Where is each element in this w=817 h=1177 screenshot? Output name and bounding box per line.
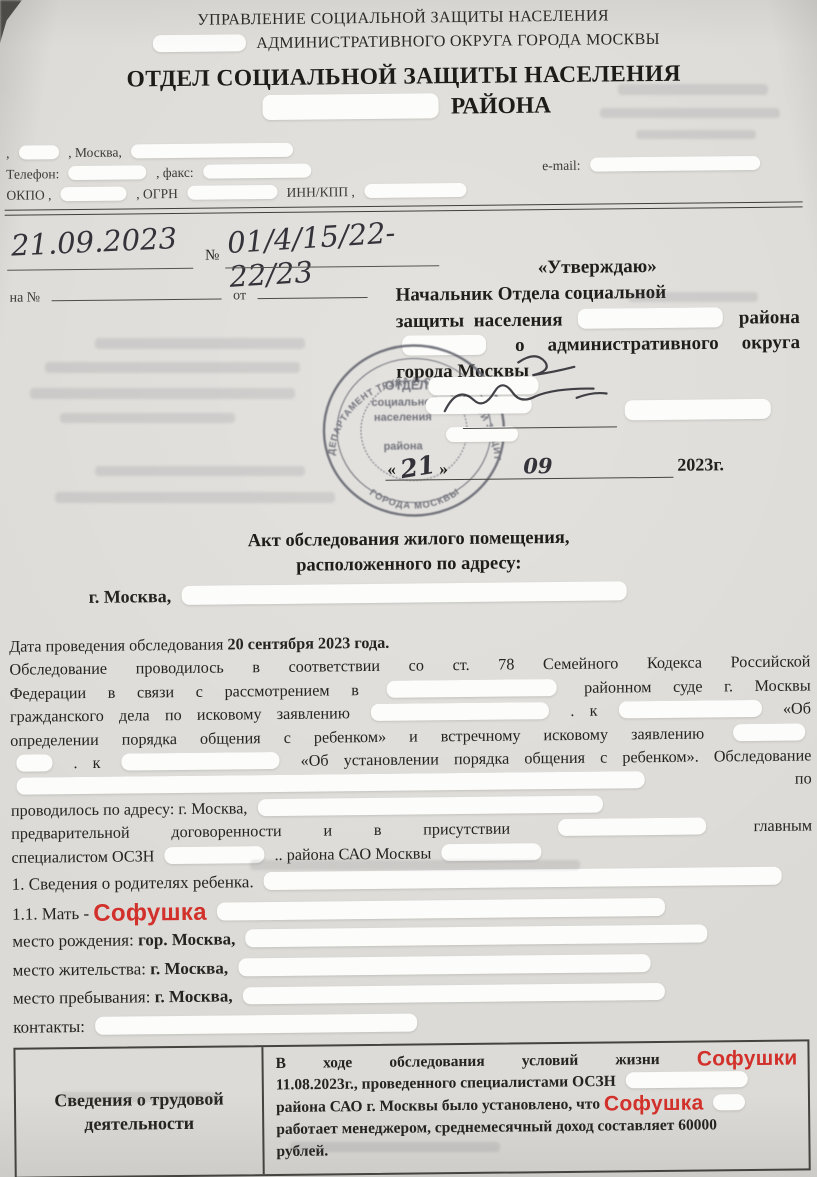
redaction-box xyxy=(246,925,708,948)
text-run: . к xyxy=(570,702,597,720)
bleed-through-artifact xyxy=(60,413,235,423)
text-run: 1. Сведения о родителях ребенка. xyxy=(12,872,254,894)
text-run: «Об установлении порядка общения с ребен… xyxy=(300,746,811,769)
bleed-through-artifact xyxy=(30,388,295,399)
text-run: от xyxy=(233,288,246,303)
bleed-through-artifact xyxy=(600,108,780,118)
text-run: , xyxy=(6,146,10,161)
text-run: на № xyxy=(9,290,40,305)
redaction-box xyxy=(263,93,439,120)
text-run: РАЙОНА xyxy=(451,92,551,119)
text-run: АДМИНИСТРАТИВНОГО ОКРУГА ГОРОДА МОСКВЫ xyxy=(256,31,660,52)
text-run: районном суде г. Москвы xyxy=(584,676,811,696)
text-run: работает менеджером, среднемесячный дохо… xyxy=(276,1116,717,1138)
redaction-box xyxy=(121,752,279,771)
redaction-box xyxy=(217,898,665,921)
text-run: главным xyxy=(754,817,813,836)
act-title-line2: расположенного по адресу: xyxy=(0,550,817,580)
redaction-box xyxy=(238,954,650,976)
signature xyxy=(426,345,697,458)
redaction-box xyxy=(590,156,760,172)
stamp-rim-text-bottom: ГОРОДА МОСКВЫ xyxy=(368,486,462,511)
letterhead-line1: УПРАВЛЕНИЕ СОЦИАЛЬНОЙ ЗАЩИТЫ НАСЕЛЕНИЯ xyxy=(0,5,812,32)
bleed-through-artifact xyxy=(290,1142,500,1152)
text-run: e-mail: xyxy=(542,158,580,173)
incoming-ref-row: на № от xyxy=(9,284,375,307)
text-run: 11.08.2023г., проведенного специалистами… xyxy=(276,1073,616,1094)
text-run: проводилось по адресу: г. Москва, xyxy=(11,799,248,819)
text-run-bold: гор. Москва, xyxy=(138,930,236,950)
act-title: Акт обследования жилого помещения, распо… xyxy=(0,525,817,580)
text-run: по xyxy=(795,770,812,788)
year-label: 2023г. xyxy=(677,454,724,475)
stamp-center-line: ОТДЕЛ xyxy=(385,378,428,392)
text-run: специалистом ОСЗН xyxy=(11,847,154,866)
text-run: предварительной договоренности и в прису… xyxy=(11,820,510,843)
redaction-box xyxy=(386,679,556,698)
redaction-box xyxy=(203,164,311,179)
redaction-box xyxy=(243,982,665,1004)
text-run-bold: г. Москва, xyxy=(155,987,233,1007)
blank-underline xyxy=(257,284,367,299)
redaction-box xyxy=(131,143,293,159)
redaction-box xyxy=(69,166,147,181)
underline xyxy=(7,268,193,271)
text-run: «Об xyxy=(783,700,811,718)
letterhead-line2: АДМИНИСТРАТИВНОГО ОКРУГА ГОРОДА МОСКВЫ xyxy=(0,28,812,55)
bleed-through-artifact xyxy=(45,362,300,373)
act-address: г. Москва, xyxy=(89,581,633,608)
text-run: района xyxy=(739,307,800,329)
redaction-box xyxy=(95,1014,417,1035)
blank-underline xyxy=(52,286,222,302)
text-run: ОКПО , xyxy=(6,187,51,202)
redaction-box xyxy=(187,185,277,200)
employment-table: Сведения о трудовой деятельности В ходе … xyxy=(13,1039,810,1177)
redaction-box xyxy=(441,843,541,861)
text-run: района САО г. Москвы было установлено, ч… xyxy=(276,1096,600,1116)
svg-text:ГОРОДА МОСКВЫ: ГОРОДА МОСКВЫ xyxy=(368,486,462,511)
stamp-center-line: населения xyxy=(374,411,432,424)
bleed-through-artifact xyxy=(95,466,305,476)
text-run: Федерации в связи с рассмотрением в xyxy=(10,681,359,703)
text-run: защиты населения xyxy=(396,309,563,332)
redaction-box xyxy=(61,187,127,202)
redaction-box xyxy=(19,145,59,160)
redaction-box xyxy=(733,723,805,741)
bleed-through-artifact xyxy=(250,860,580,870)
redaction-box xyxy=(182,582,627,606)
text-run: место рождения: xyxy=(12,931,134,951)
text-run: ИНН/КПП , xyxy=(286,184,354,200)
bleed-through-artifact xyxy=(55,492,335,503)
bleed-through-artifact xyxy=(628,292,758,302)
text-run: место жительства: xyxy=(12,959,146,979)
email-row: e-mail: xyxy=(542,156,766,174)
redaction-box xyxy=(153,34,246,52)
redaction-box xyxy=(264,867,782,890)
table-row-header: Сведения о трудовой деятельности xyxy=(15,1047,264,1177)
redaction-box xyxy=(16,754,52,771)
redaction-box xyxy=(164,846,264,864)
inserted-name: Софушка xyxy=(93,898,207,926)
redaction-box xyxy=(257,795,602,816)
redaction-box xyxy=(364,183,466,198)
text-run: В ходе обследования условий жизни xyxy=(275,1051,659,1072)
redaction-box xyxy=(625,1071,747,1089)
inserted-name: Софушка xyxy=(604,1092,704,1116)
bleed-through-artifact xyxy=(618,84,768,95)
text-run: , Москва, xyxy=(68,145,122,161)
inserted-name: Софушки xyxy=(697,1049,798,1071)
bleed-through-artifact xyxy=(636,130,756,139)
close-quote: » xyxy=(439,459,448,479)
handwritten-date: 21.09.2023 xyxy=(10,221,177,262)
text-run: . к xyxy=(73,754,100,772)
text-run: , факс: xyxy=(156,165,194,180)
redaction-box xyxy=(578,307,723,328)
text-run: Начальник Отдела социальной xyxy=(395,282,666,306)
bleed-through-artifact xyxy=(95,338,305,349)
scanned-document-page: УПРАВЛЕНИЕ СОЦИАЛЬНОЙ ЗАЩИТЫ НАСЕЛЕНИЯ А… xyxy=(0,0,817,1177)
text-run-bold: г. Москва, xyxy=(150,958,228,978)
redaction-box xyxy=(558,818,706,837)
text-run: Дата проведения обследования xyxy=(9,636,223,656)
redaction-box xyxy=(713,1094,745,1111)
handwritten-month: 09 xyxy=(523,453,552,478)
number-label: № xyxy=(205,248,219,265)
approval-date-row: « 21 » 09 2023г. xyxy=(385,448,737,486)
text-run: гражданского дела по исковому заявлению xyxy=(10,704,350,726)
parents-section: 1. Сведения о родителях ребенка. 1.1. Ма… xyxy=(12,866,815,1046)
open-quote: « xyxy=(387,460,396,480)
text-run: 1.1. Мать - xyxy=(12,904,89,924)
redaction-box xyxy=(371,702,549,721)
text-run-bold: 20 сентября 2023 года. xyxy=(227,634,389,654)
document-content: УПРАВЛЕНИЕ СОЦИАЛЬНОЙ ЗАЩИТЫ НАСЕЛЕНИЯ А… xyxy=(0,0,817,1177)
bleed-through-artifact xyxy=(60,1092,220,1102)
redaction-box xyxy=(619,700,762,718)
text-run: , ОГРН xyxy=(136,186,178,201)
text-run: Телефон: xyxy=(6,166,59,182)
table-cell-employment: В ходе обследования условий жизни Софушк… xyxy=(263,1041,808,1174)
act-title-line1: Акт обследования жилого помещения, xyxy=(0,525,817,555)
text-run: место пребывания: xyxy=(13,988,151,1008)
contact-block: , , Москва, Телефон: , факс: ОКПО , , ОГ… xyxy=(6,137,804,208)
text-run-bold: г. Москва, xyxy=(89,586,172,607)
body-paragraph: Дата проведения обследования 20 сентября… xyxy=(9,629,812,871)
text-run: контакты: xyxy=(13,1017,85,1037)
